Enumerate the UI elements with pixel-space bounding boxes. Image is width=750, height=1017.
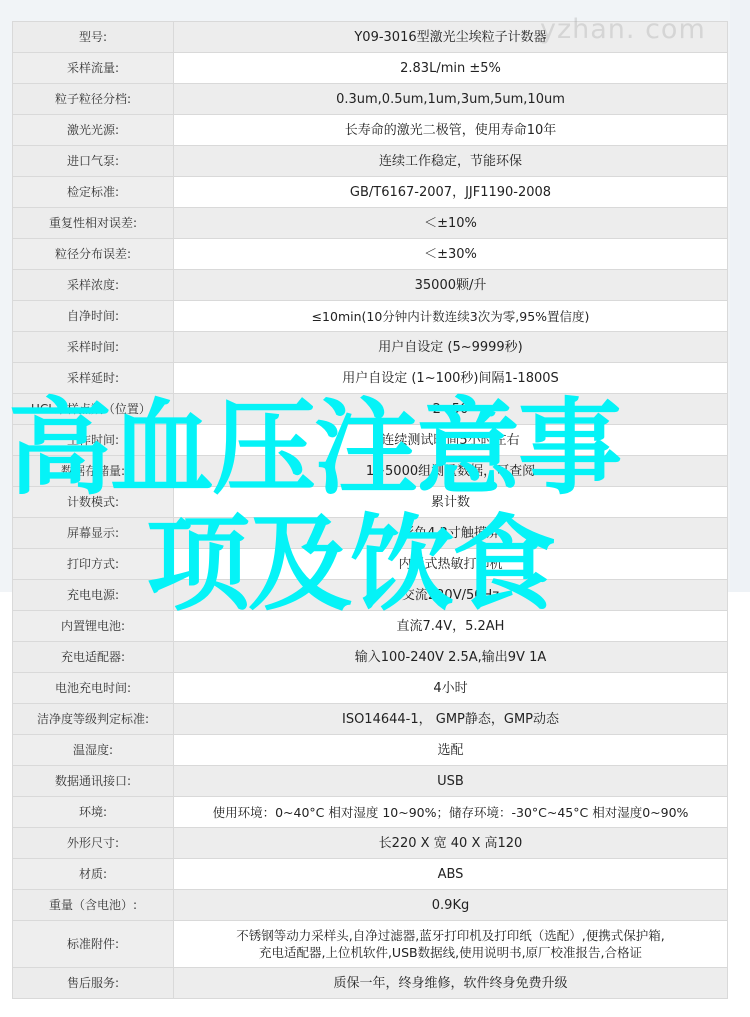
- table-row: 材质: ABS: [13, 859, 728, 890]
- spec-label: 粒子粒径分档:: [13, 84, 174, 115]
- spec-label: 采样延时:: [13, 363, 174, 394]
- table-row: 型号: Y09-3016型激光尘埃粒子计数器: [13, 22, 728, 53]
- spec-label: 电池充电时间:: [13, 673, 174, 704]
- table-row: 重量（含电池）: 0.9Kg: [13, 890, 728, 921]
- spec-value: 0.3um,0.5um,1um,3um,5um,10um: [174, 84, 728, 115]
- table-row: 外形尺寸: 长220 X 宽 40 X 高120: [13, 828, 728, 859]
- table-row: 采样流量: 2.83L/min ±5%: [13, 53, 728, 84]
- spec-label: 充电适配器:: [13, 642, 174, 673]
- spec-label: 售后服务:: [13, 968, 174, 999]
- table-row: 采样时间: 用户自设定 (5~9999秒): [13, 332, 728, 363]
- table-row: 电池充电时间: 4小时: [13, 673, 728, 704]
- spec-value: ＜±30%: [174, 239, 728, 270]
- spec-label: 进口气泵:: [13, 146, 174, 177]
- table-row: 充电适配器: 输入100-240V 2.5A,输出9V 1A: [13, 642, 728, 673]
- table-row: 检定标准: GB/T6167-2007，JJF1190-2008: [13, 177, 728, 208]
- spec-label: 数据存储量:: [13, 456, 174, 487]
- table-row: 数据通讯接口: USB: [13, 766, 728, 797]
- table-row: 采样浓度: 35000颗/升: [13, 270, 728, 301]
- spec-label: 温湿度:: [13, 735, 174, 766]
- table-row: 标准附件: 不锈钢等动力采样头,自净过滤器,蓝牙打印机及打印纸（选配）,便携式保…: [13, 921, 728, 968]
- spec-label: 材质:: [13, 859, 174, 890]
- spec-value: ABS: [174, 859, 728, 890]
- table-row: 采样延时: 用户自设定 (1~100秒)间隔1-1800S: [13, 363, 728, 394]
- table-row: 计数模式: 累计数: [13, 487, 728, 518]
- spec-value: 直流7.4V，5.2AH: [174, 611, 728, 642]
- spec-label: 型号:: [13, 22, 174, 53]
- table-row: UCL采样点数（位置）: 2~50: [13, 394, 728, 425]
- spec-value: 交流220V/50Hz: [174, 580, 728, 611]
- spec-label: 环境:: [13, 797, 174, 828]
- spec-value: 长220 X 宽 40 X 高120: [174, 828, 728, 859]
- spec-label: 内置锂电池:: [13, 611, 174, 642]
- spec-value: 35000颗/升: [174, 270, 728, 301]
- spec-table: 型号: Y09-3016型激光尘埃粒子计数器 采样流量: 2.83L/min ±…: [12, 21, 728, 999]
- spec-label: 屏幕显示:: [13, 518, 174, 549]
- spec-label: 重复性相对误差:: [13, 208, 174, 239]
- spec-label: 自净时间:: [13, 301, 174, 332]
- spec-label: 打印方式:: [13, 549, 174, 580]
- spec-label: 数据通讯接口:: [13, 766, 174, 797]
- spec-value: 质保一年，终身维修，软件终身免费升级: [174, 968, 728, 999]
- spec-value: 连续测试时间5小时左右: [174, 425, 728, 456]
- table-row: 售后服务: 质保一年，终身维修，软件终身免费升级: [13, 968, 728, 999]
- spec-label: 采样时间:: [13, 332, 174, 363]
- spec-value: 用户自设定 (5~9999秒): [174, 332, 728, 363]
- table-row: 激光光源: 长寿命的激光二极管，使用寿命10年: [13, 115, 728, 146]
- spec-value: 连续工作稳定，节能环保: [174, 146, 728, 177]
- spec-label: 激光光源:: [13, 115, 174, 146]
- spec-label: 重量（含电池）:: [13, 890, 174, 921]
- table-row: 温湿度: 选配: [13, 735, 728, 766]
- spec-label: UCL采样点数（位置）:: [13, 394, 174, 425]
- spec-value: 输入100-240V 2.5A,输出9V 1A: [174, 642, 728, 673]
- spec-label: 洁净度等级判定标准:: [13, 704, 174, 735]
- spec-value: 2.83L/min ±5%: [174, 53, 728, 84]
- spec-label: 标准附件:: [13, 921, 174, 968]
- table-row: 打印方式: 内置式热敏打印机: [13, 549, 728, 580]
- spec-value: USB: [174, 766, 728, 797]
- spec-value: 0.9Kg: [174, 890, 728, 921]
- spec-value-line: 不锈钢等动力采样头,自净过滤器,蓝牙打印机及打印纸（选配）,便携式保护箱,: [174, 927, 727, 944]
- spec-value: 用户自设定 (1~100秒)间隔1-1800S: [174, 363, 728, 394]
- spec-value: ≤10min(10分钟内计数连续3次为零,95%置信度): [174, 301, 728, 332]
- spec-value: 选配: [174, 735, 728, 766]
- spec-value: 4小时: [174, 673, 728, 704]
- spec-value-line: 充电适配器,上位机软件,USB数据线,使用说明书,原厂校准报告,合格证: [174, 944, 727, 961]
- spec-value: 累计数: [174, 487, 728, 518]
- spec-value: GB/T6167-2007，JJF1190-2008: [174, 177, 728, 208]
- spec-label: 粒径分布误差:: [13, 239, 174, 270]
- table-row: 重复性相对误差: ＜±10%: [13, 208, 728, 239]
- spec-value: 1~5000组测量数据，可查阅: [174, 456, 728, 487]
- spec-label: 采样浓度:: [13, 270, 174, 301]
- table-row: 数据存储量: 1~5000组测量数据，可查阅: [13, 456, 728, 487]
- spec-value: ＜±10%: [174, 208, 728, 239]
- table-row: 自净时间: ≤10min(10分钟内计数连续3次为零,95%置信度): [13, 301, 728, 332]
- spec-value: ISO14644-1， GMP静态，GMP动态: [174, 704, 728, 735]
- table-row: 工作时间: 连续测试时间5小时左右: [13, 425, 728, 456]
- table-row: 进口气泵: 连续工作稳定，节能环保: [13, 146, 728, 177]
- spec-label: 工作时间:: [13, 425, 174, 456]
- spec-value: 2~50: [174, 394, 728, 425]
- spec-label: 充电电源:: [13, 580, 174, 611]
- table-row: 环境: 使用环境：0~40°C 相对湿度 10~90%；储存环境：-30°C~4…: [13, 797, 728, 828]
- spec-value: 彩色4.3寸触摸屏: [174, 518, 728, 549]
- table-row: 粒子粒径分档: 0.3um,0.5um,1um,3um,5um,10um: [13, 84, 728, 115]
- table-row: 内置锂电池: 直流7.4V，5.2AH: [13, 611, 728, 642]
- table-row: 洁净度等级判定标准: ISO14644-1， GMP静态，GMP动态: [13, 704, 728, 735]
- spec-value: 不锈钢等动力采样头,自净过滤器,蓝牙打印机及打印纸（选配）,便携式保护箱, 充电…: [174, 921, 728, 968]
- spec-label: 计数模式:: [13, 487, 174, 518]
- page-background-strip: [730, 0, 750, 592]
- spec-value: 内置式热敏打印机: [174, 549, 728, 580]
- table-row: 屏幕显示: 彩色4.3寸触摸屏: [13, 518, 728, 549]
- spec-label: 采样流量:: [13, 53, 174, 84]
- spec-value: 长寿命的激光二极管，使用寿命10年: [174, 115, 728, 146]
- spec-label: 检定标准:: [13, 177, 174, 208]
- table-row: 充电电源: 交流220V/50Hz: [13, 580, 728, 611]
- table-row: 粒径分布误差: ＜±30%: [13, 239, 728, 270]
- spec-label: 外形尺寸:: [13, 828, 174, 859]
- spec-value: 使用环境：0~40°C 相对湿度 10~90%；储存环境：-30°C~45°C …: [174, 797, 728, 828]
- spec-value: Y09-3016型激光尘埃粒子计数器: [174, 22, 728, 53]
